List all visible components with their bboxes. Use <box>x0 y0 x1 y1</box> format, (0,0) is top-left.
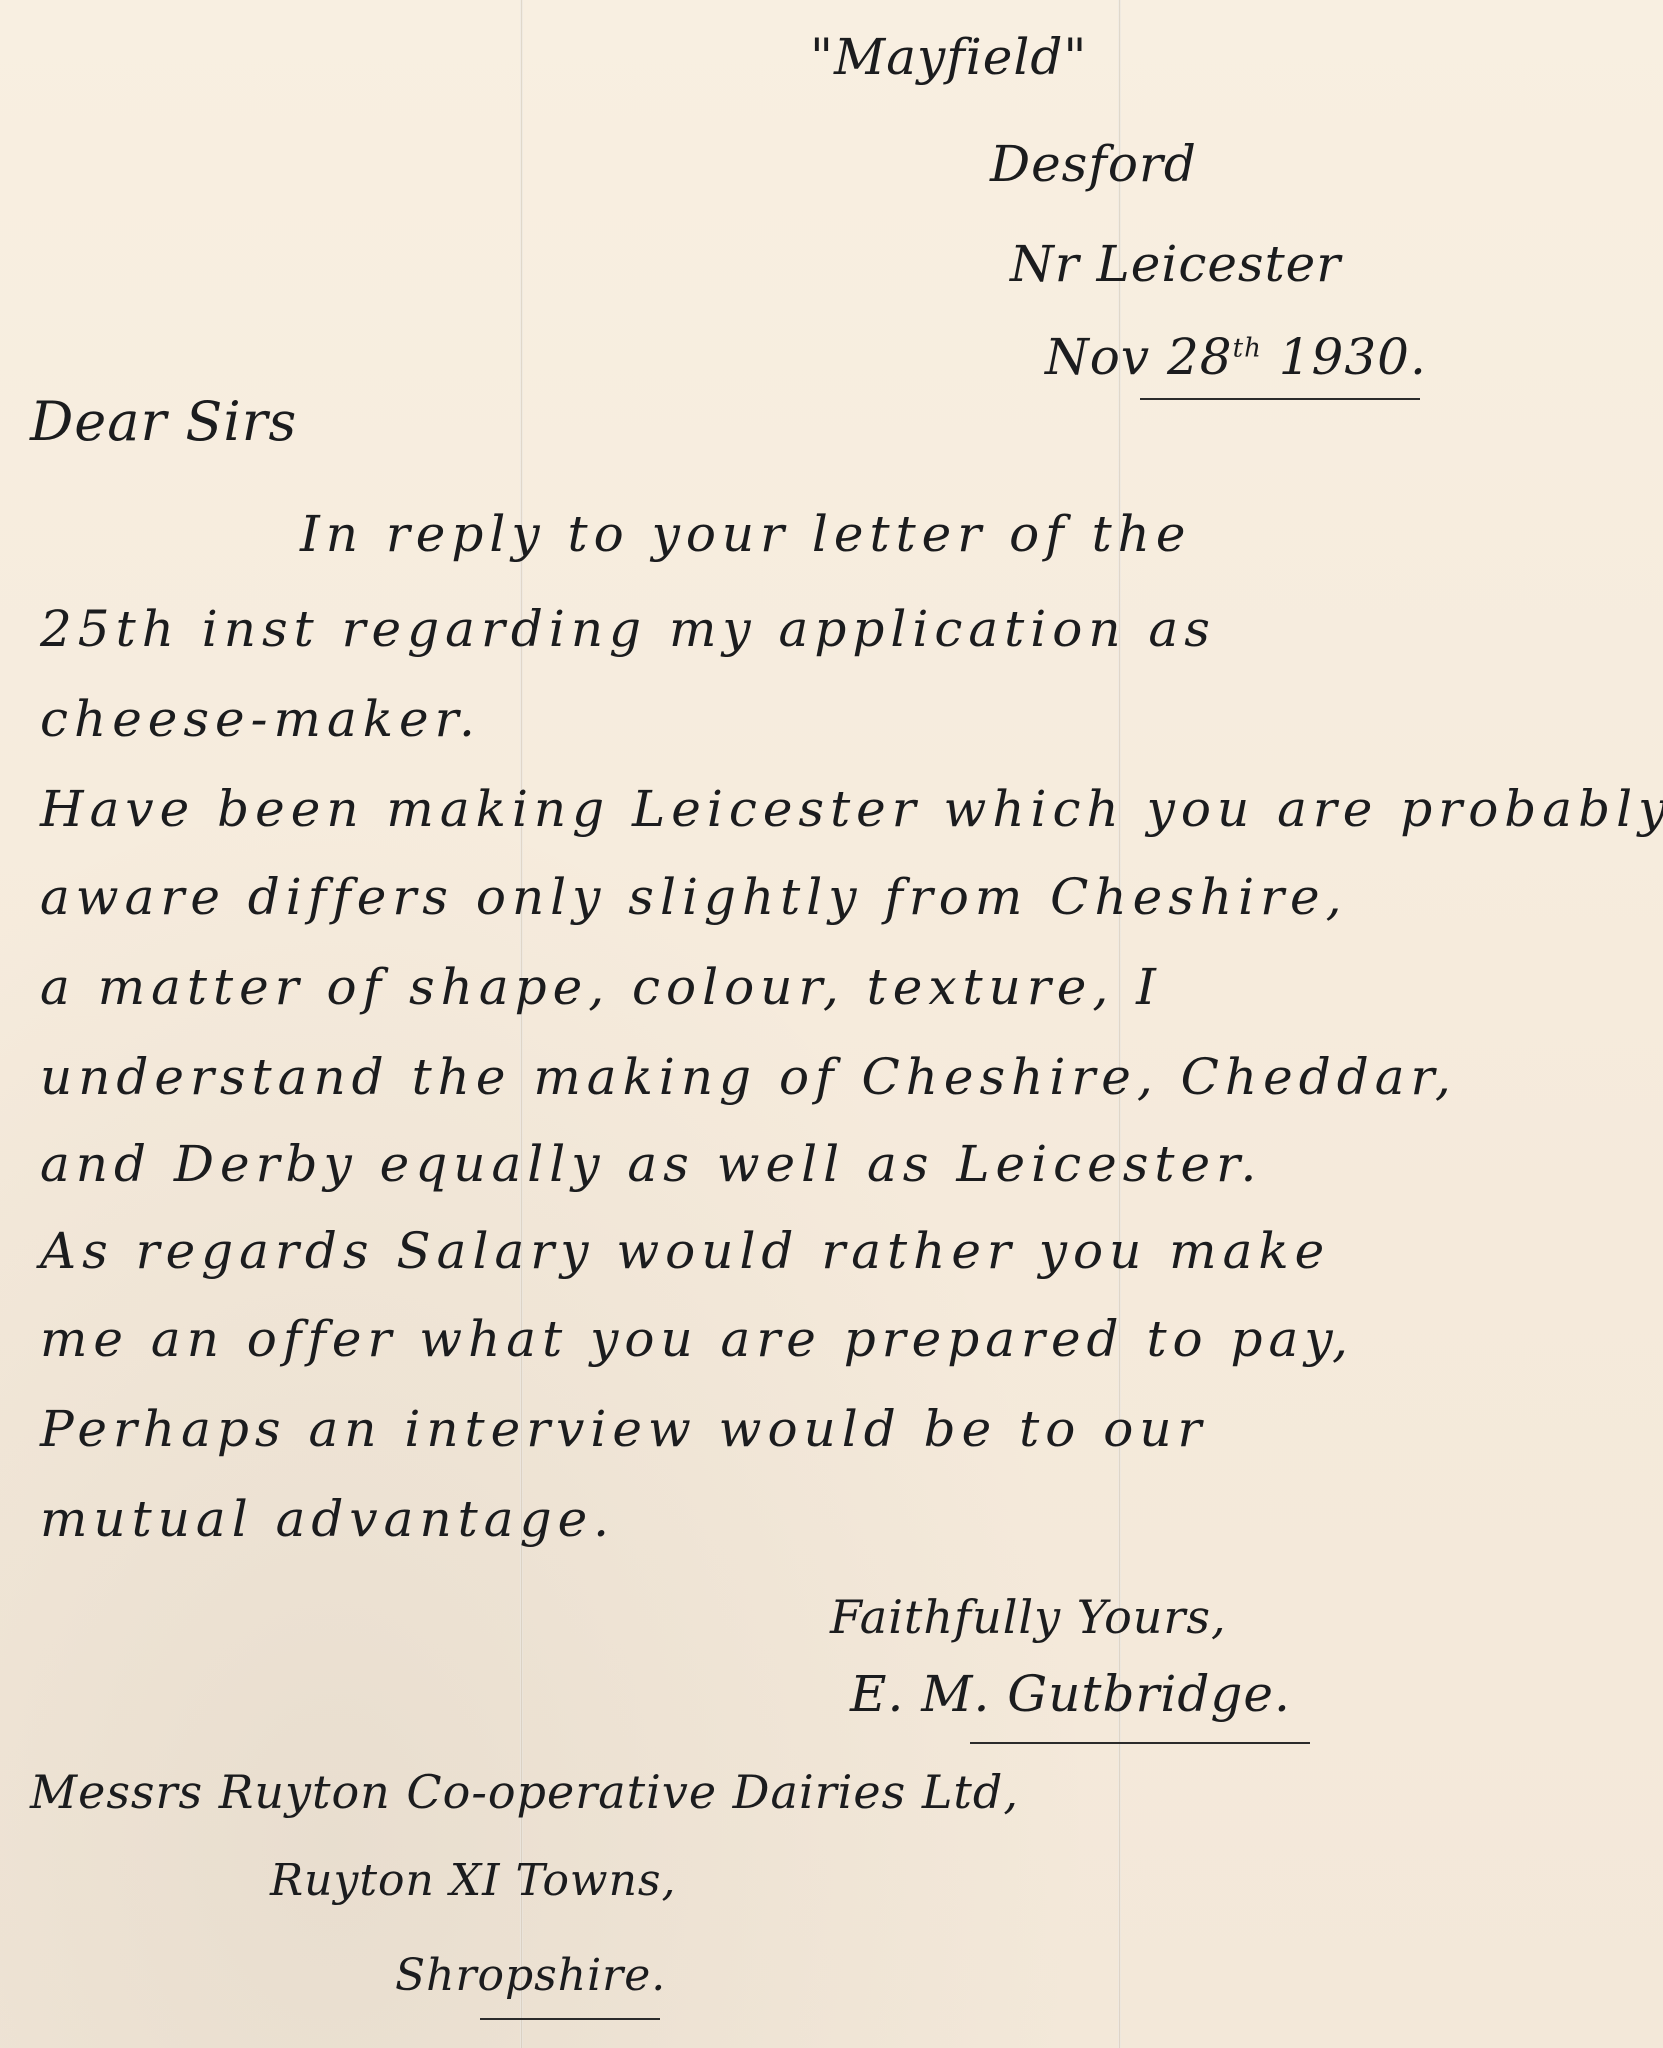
sender-house-name: "Mayfield" <box>810 28 1087 86</box>
body-line: mutual advantage. <box>40 1490 615 1548</box>
body-line: Perhaps an interview would be to our <box>40 1400 1207 1458</box>
date-suffix: th <box>1233 333 1262 363</box>
date-year: 1930. <box>1279 328 1427 386</box>
sender-village: Desford <box>990 135 1197 193</box>
closing: Faithfully Yours, <box>830 1590 1227 1644</box>
salutation: Dear Sirs <box>30 390 297 453</box>
recipient-line-3: Shropshire. <box>395 1950 666 2001</box>
letter-date: Nov 28th 1930. <box>1045 328 1427 386</box>
body-line: Have been making Leicester which you are… <box>40 780 1663 838</box>
sender-town: Nr Leicester <box>1010 235 1341 293</box>
date-underline <box>1140 398 1420 400</box>
date-month-day: Nov 28 <box>1045 328 1233 386</box>
signature: E. M. Gutbridge. <box>850 1665 1291 1723</box>
body-line: a matter of shape, colour, texture, I <box>40 958 1162 1016</box>
body-line: In reply to your letter of the <box>300 505 1191 563</box>
signature-underline <box>970 1742 1310 1744</box>
body-line: understand the making of Cheshire, Chedd… <box>40 1048 1457 1106</box>
recipient-line-2: Ruyton XI Towns, <box>270 1855 677 1906</box>
paper-fold-line <box>520 0 523 2048</box>
body-line: me an offer what you are prepared to pay… <box>40 1310 1354 1368</box>
paper-fold-line <box>1118 0 1121 2048</box>
body-line: As regards Salary would rather you make <box>40 1222 1330 1280</box>
body-line: cheese-maker. <box>40 690 481 748</box>
recipient-underline <box>480 2018 660 2020</box>
body-line: and Derby equally as well as Leicester. <box>40 1135 1262 1193</box>
body-line: aware differs only slightly from Cheshir… <box>40 868 1347 926</box>
recipient-line-1: Messrs Ruyton Co-operative Dairies Ltd, <box>30 1765 1019 1819</box>
body-line: 25th inst regarding my application as <box>40 600 1216 658</box>
letter-paper <box>0 0 1663 2048</box>
